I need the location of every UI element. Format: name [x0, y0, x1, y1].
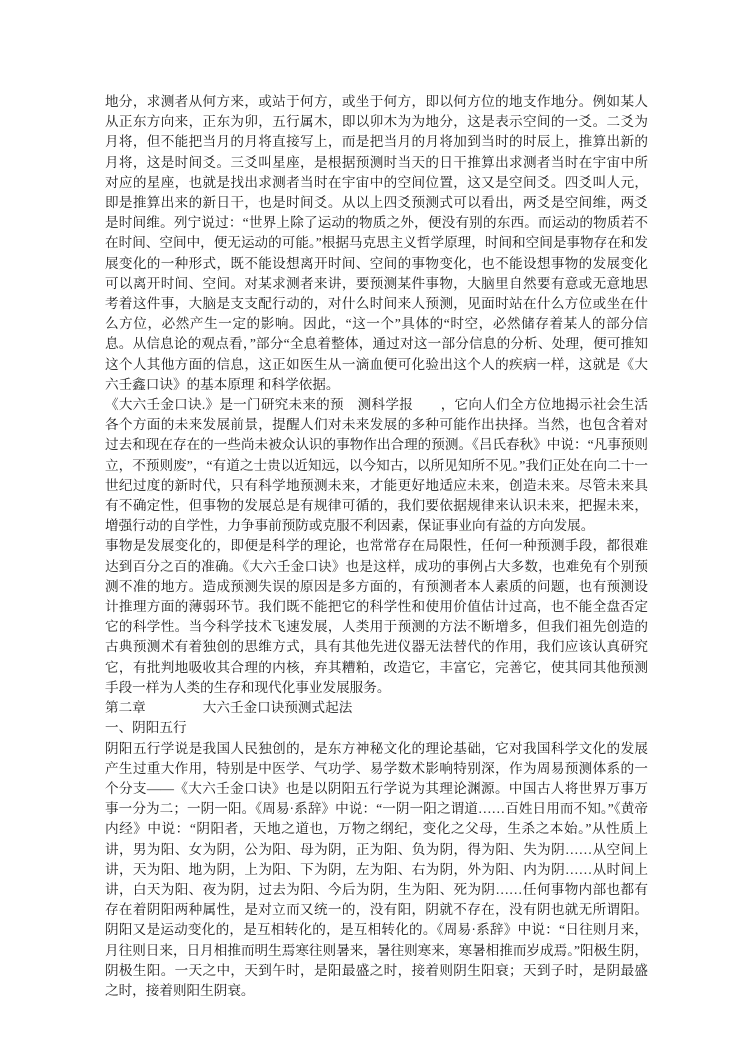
- body-paragraph-3: 事物是发展变化的，即便是科学的理论，也常常存在局限性，任何一种预测手段，都很难达…: [105, 536, 648, 698]
- document-page: 地分，求测者从何方来，或站于何方，或坐于何方，即以何方位的地支作地分。例如某人从…: [105, 92, 648, 1001]
- body-paragraph-4: 阴阳五行学说是我国人民独创的，是东方神秘文化的理论基础，它对我国科学文化的发展产…: [105, 739, 648, 1002]
- chapter-heading: 第二章大六壬金口诀预测式起法: [105, 698, 648, 718]
- body-paragraph-1: 地分，求测者从何方来，或站于何方，或坐于何方，即以何方位的地支作地分。例如某人从…: [105, 92, 648, 395]
- section-heading: 一、阴阳五行: [105, 718, 648, 738]
- chapter-title: 大六壬金口诀预测式起法: [203, 700, 353, 715]
- body-paragraph-2: 《大六壬金口诀.》是一门研究未来的预 测科学报 ，它向人们全方位地揭示社会生活各…: [105, 395, 648, 536]
- chapter-number: 第二章: [105, 698, 146, 718]
